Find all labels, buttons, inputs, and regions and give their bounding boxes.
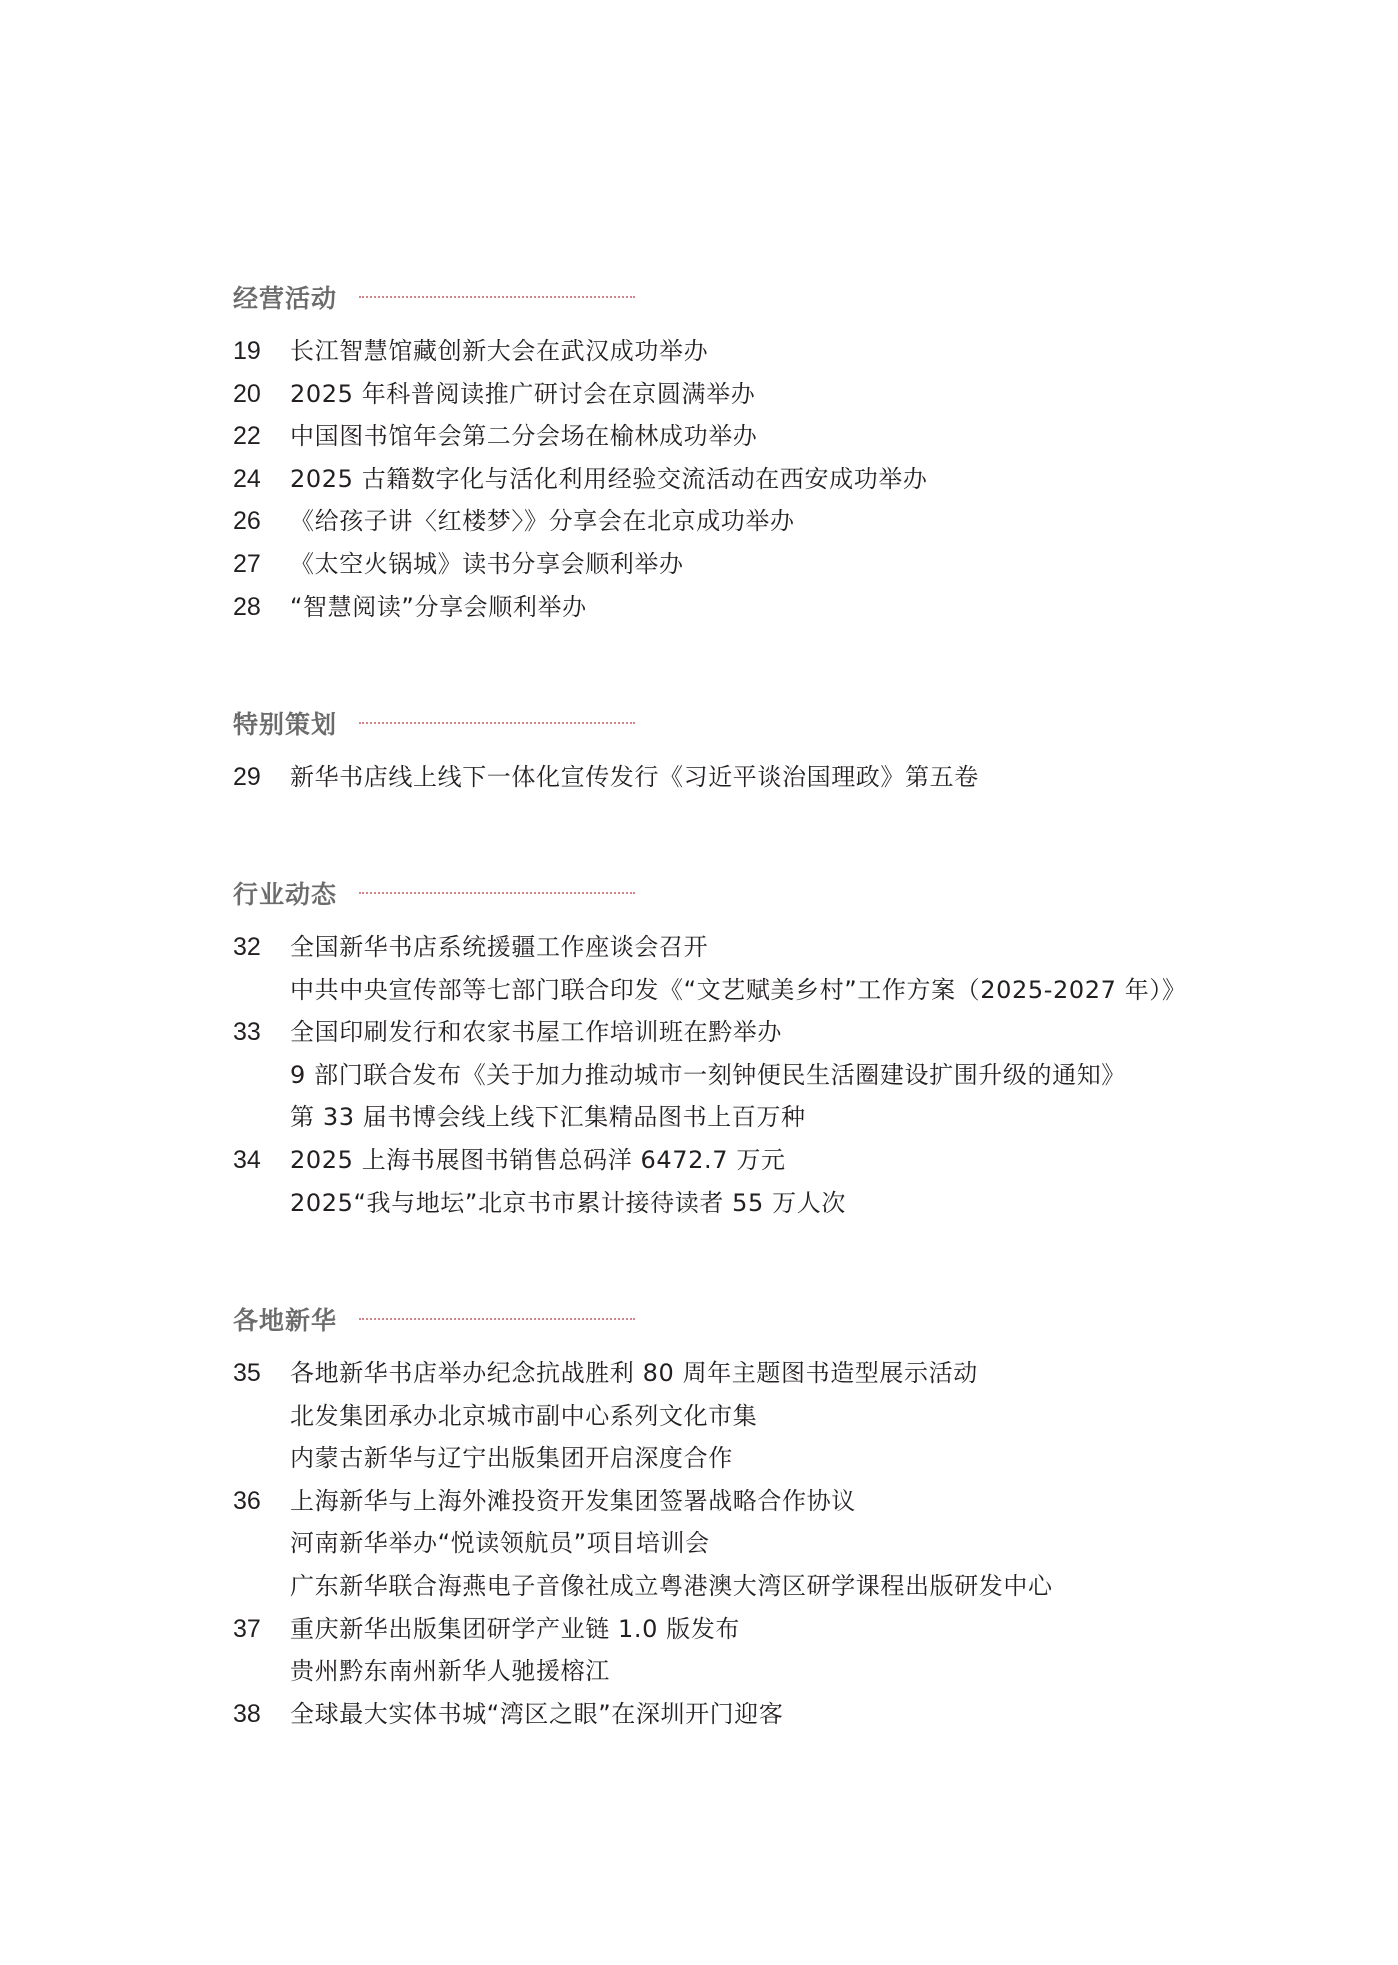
section-title: 各地新华 xyxy=(233,1301,337,1337)
toc-entry[interactable]: 9 部门联合发布《关于加力推动城市一刻钟便民生活圈建设扩围升级的通知》 xyxy=(233,1054,1333,1097)
toc-section-special-feature: 特别策划 29新华书店线上线下一体化宣传发行《习近平谈治国理政》第五卷 xyxy=(233,703,1333,799)
page-number: 32 xyxy=(233,926,290,969)
toc-entry[interactable]: 28“智慧阅读”分享会顺利举办 xyxy=(233,586,1333,629)
entry-list: 19长江智慧馆藏创新大会在武汉成功举办 202025 年科普阅读推广研讨会在京圆… xyxy=(233,330,1333,628)
page-number: 28 xyxy=(233,586,290,629)
toc-entry[interactable]: 第 33 届书博会线上线下汇集精品图书上百万种 xyxy=(233,1096,1333,1139)
toc-entry[interactable]: 河南新华举办“悦读领航员”项目培训会 xyxy=(233,1522,1333,1565)
toc-entry[interactable]: 中共中央宣传部等七部门联合印发《“文艺赋美乡村”工作方案（2025-2027 年… xyxy=(233,969,1333,1012)
page-number: 20 xyxy=(233,373,290,416)
entry-title: 河南新华举办“悦读领航员”项目培训会 xyxy=(290,1522,710,1565)
entry-title: 各地新华书店举办纪念抗战胜利 80 周年主题图书造型展示活动 xyxy=(290,1352,978,1395)
entry-title: 上海新华与上海外滩投资开发集团签署战略合作协议 xyxy=(290,1480,856,1523)
entry-list: 29新华书店线上线下一体化宣传发行《习近平谈治国理政》第五卷 xyxy=(233,756,1333,799)
entry-title: 全球最大实体书城“湾区之眼”在深圳开门迎客 xyxy=(290,1693,783,1736)
entry-title: 全国新华书店系统援疆工作座谈会召开 xyxy=(290,926,708,969)
section-title: 特别策划 xyxy=(233,705,337,741)
section-header: 特别策划 xyxy=(233,703,1333,743)
toc-entry[interactable]: 33全国印刷发行和农家书屋工作培训班在黔举办 xyxy=(233,1011,1333,1054)
section-header: 经营活动 xyxy=(233,277,1333,317)
entry-title: 2025 上海书展图书销售总码洋 6472.7 万元 xyxy=(290,1139,786,1182)
entry-title: 中国图书馆年会第二分会场在榆林成功举办 xyxy=(290,415,757,458)
toc-entry[interactable]: 26《给孩子讲〈红楼梦〉》分享会在北京成功举办 xyxy=(233,500,1333,543)
entry-title: 内蒙古新华与辽宁出版集团开启深度合作 xyxy=(290,1437,733,1480)
toc-section-regional-xinhua: 各地新华 35各地新华书店举办纪念抗战胜利 80 周年主题图书造型展示活动 北发… xyxy=(233,1299,1333,1735)
entry-title: 贵州黔东南州新华人驰援榕江 xyxy=(290,1650,610,1693)
toc-entry[interactable]: 36上海新华与上海外滩投资开发集团签署战略合作协议 xyxy=(233,1480,1333,1523)
entry-title: 长江智慧馆藏创新大会在武汉成功举办 xyxy=(290,330,708,373)
section-header: 行业动态 xyxy=(233,873,1333,913)
entry-list: 32全国新华书店系统援疆工作座谈会召开 中共中央宣传部等七部门联合印发《“文艺赋… xyxy=(233,926,1333,1224)
toc-entry[interactable]: 北发集团承办北京城市副中心系列文化市集 xyxy=(233,1395,1333,1438)
toc-entry[interactable]: 广东新华联合海燕电子音像社成立粤港澳大湾区研学课程出版研发中心 xyxy=(233,1565,1333,1608)
toc-entry[interactable]: 32全国新华书店系统援疆工作座谈会召开 xyxy=(233,926,1333,969)
toc-entry[interactable]: 27《太空火锅城》读书分享会顺利举办 xyxy=(233,543,1333,586)
dotted-rule xyxy=(359,296,635,298)
entry-title: 2025 古籍数字化与活化利用经验交流活动在西安成功举办 xyxy=(290,458,928,501)
page-number: 26 xyxy=(233,500,290,543)
toc-entry[interactable]: 2025“我与地坛”北京书市累计接待读者 55 万人次 xyxy=(233,1182,1333,1225)
entry-title: 广东新华联合海燕电子音像社成立粤港澳大湾区研学课程出版研发中心 xyxy=(290,1565,1053,1608)
toc-entry[interactable]: 内蒙古新华与辽宁出版集团开启深度合作 xyxy=(233,1437,1333,1480)
toc-entry[interactable]: 342025 上海书展图书销售总码洋 6472.7 万元 xyxy=(233,1139,1333,1182)
page-number: 34 xyxy=(233,1139,290,1182)
toc-entry[interactable]: 35各地新华书店举办纪念抗战胜利 80 周年主题图书造型展示活动 xyxy=(233,1352,1333,1395)
entry-title: “智慧阅读”分享会顺利举办 xyxy=(290,586,587,629)
toc-entry[interactable]: 22中国图书馆年会第二分会场在榆林成功举办 xyxy=(233,415,1333,458)
page-number: 36 xyxy=(233,1480,290,1523)
page-number: 27 xyxy=(233,543,290,586)
entry-title: 中共中央宣传部等七部门联合印发《“文艺赋美乡村”工作方案（2025-2027 年… xyxy=(290,969,1187,1012)
page-number: 35 xyxy=(233,1352,290,1395)
section-header: 各地新华 xyxy=(233,1299,1333,1339)
toc-entry[interactable]: 202025 年科普阅读推广研讨会在京圆满举办 xyxy=(233,373,1333,416)
toc-section-business-activities: 经营活动 19长江智慧馆藏创新大会在武汉成功举办 202025 年科普阅读推广研… xyxy=(233,277,1333,628)
entry-list: 35各地新华书店举办纪念抗战胜利 80 周年主题图书造型展示活动 北发集团承办北… xyxy=(233,1352,1333,1735)
entry-title: 9 部门联合发布《关于加力推动城市一刻钟便民生活圈建设扩围升级的通知》 xyxy=(290,1054,1126,1097)
dotted-rule xyxy=(359,722,635,724)
entry-title: 2025“我与地坛”北京书市累计接待读者 55 万人次 xyxy=(290,1182,846,1225)
dotted-rule xyxy=(359,892,635,894)
entry-title: 新华书店线上线下一体化宣传发行《习近平谈治国理政》第五卷 xyxy=(290,756,979,799)
entry-title: 重庆新华出版集团研学产业链 1.0 版发布 xyxy=(290,1608,740,1651)
page-number: 22 xyxy=(233,415,290,458)
toc-entry[interactable]: 19长江智慧馆藏创新大会在武汉成功举办 xyxy=(233,330,1333,373)
toc-entry[interactable]: 29新华书店线上线下一体化宣传发行《习近平谈治国理政》第五卷 xyxy=(233,756,1333,799)
page-number: 37 xyxy=(233,1608,290,1651)
section-title: 行业动态 xyxy=(233,875,337,911)
toc-entry[interactable]: 37重庆新华出版集团研学产业链 1.0 版发布 xyxy=(233,1608,1333,1651)
entry-title: 《太空火锅城》读书分享会顺利举办 xyxy=(290,543,684,586)
page-number: 33 xyxy=(233,1011,290,1054)
entry-title: 《给孩子讲〈红楼梦〉》分享会在北京成功举办 xyxy=(290,500,795,543)
toc-entry[interactable]: 38全球最大实体书城“湾区之眼”在深圳开门迎客 xyxy=(233,1693,1333,1736)
entry-title: 第 33 届书博会线上线下汇集精品图书上百万种 xyxy=(290,1096,806,1139)
toc-entry[interactable]: 242025 古籍数字化与活化利用经验交流活动在西安成功举办 xyxy=(233,458,1333,501)
entry-title: 北发集团承办北京城市副中心系列文化市集 xyxy=(290,1395,757,1438)
entry-title: 全国印刷发行和农家书屋工作培训班在黔举办 xyxy=(290,1011,782,1054)
page-number: 19 xyxy=(233,330,290,373)
page-number: 38 xyxy=(233,1693,290,1736)
dotted-rule xyxy=(359,1318,635,1320)
section-title: 经营活动 xyxy=(233,279,337,315)
page-number: 24 xyxy=(233,458,290,501)
toc-section-industry-news: 行业动态 32全国新华书店系统援疆工作座谈会召开 中共中央宣传部等七部门联合印发… xyxy=(233,873,1333,1224)
page-number: 29 xyxy=(233,756,290,799)
toc-entry[interactable]: 贵州黔东南州新华人驰援榕江 xyxy=(233,1650,1333,1693)
entry-title: 2025 年科普阅读推广研讨会在京圆满举办 xyxy=(290,373,755,416)
